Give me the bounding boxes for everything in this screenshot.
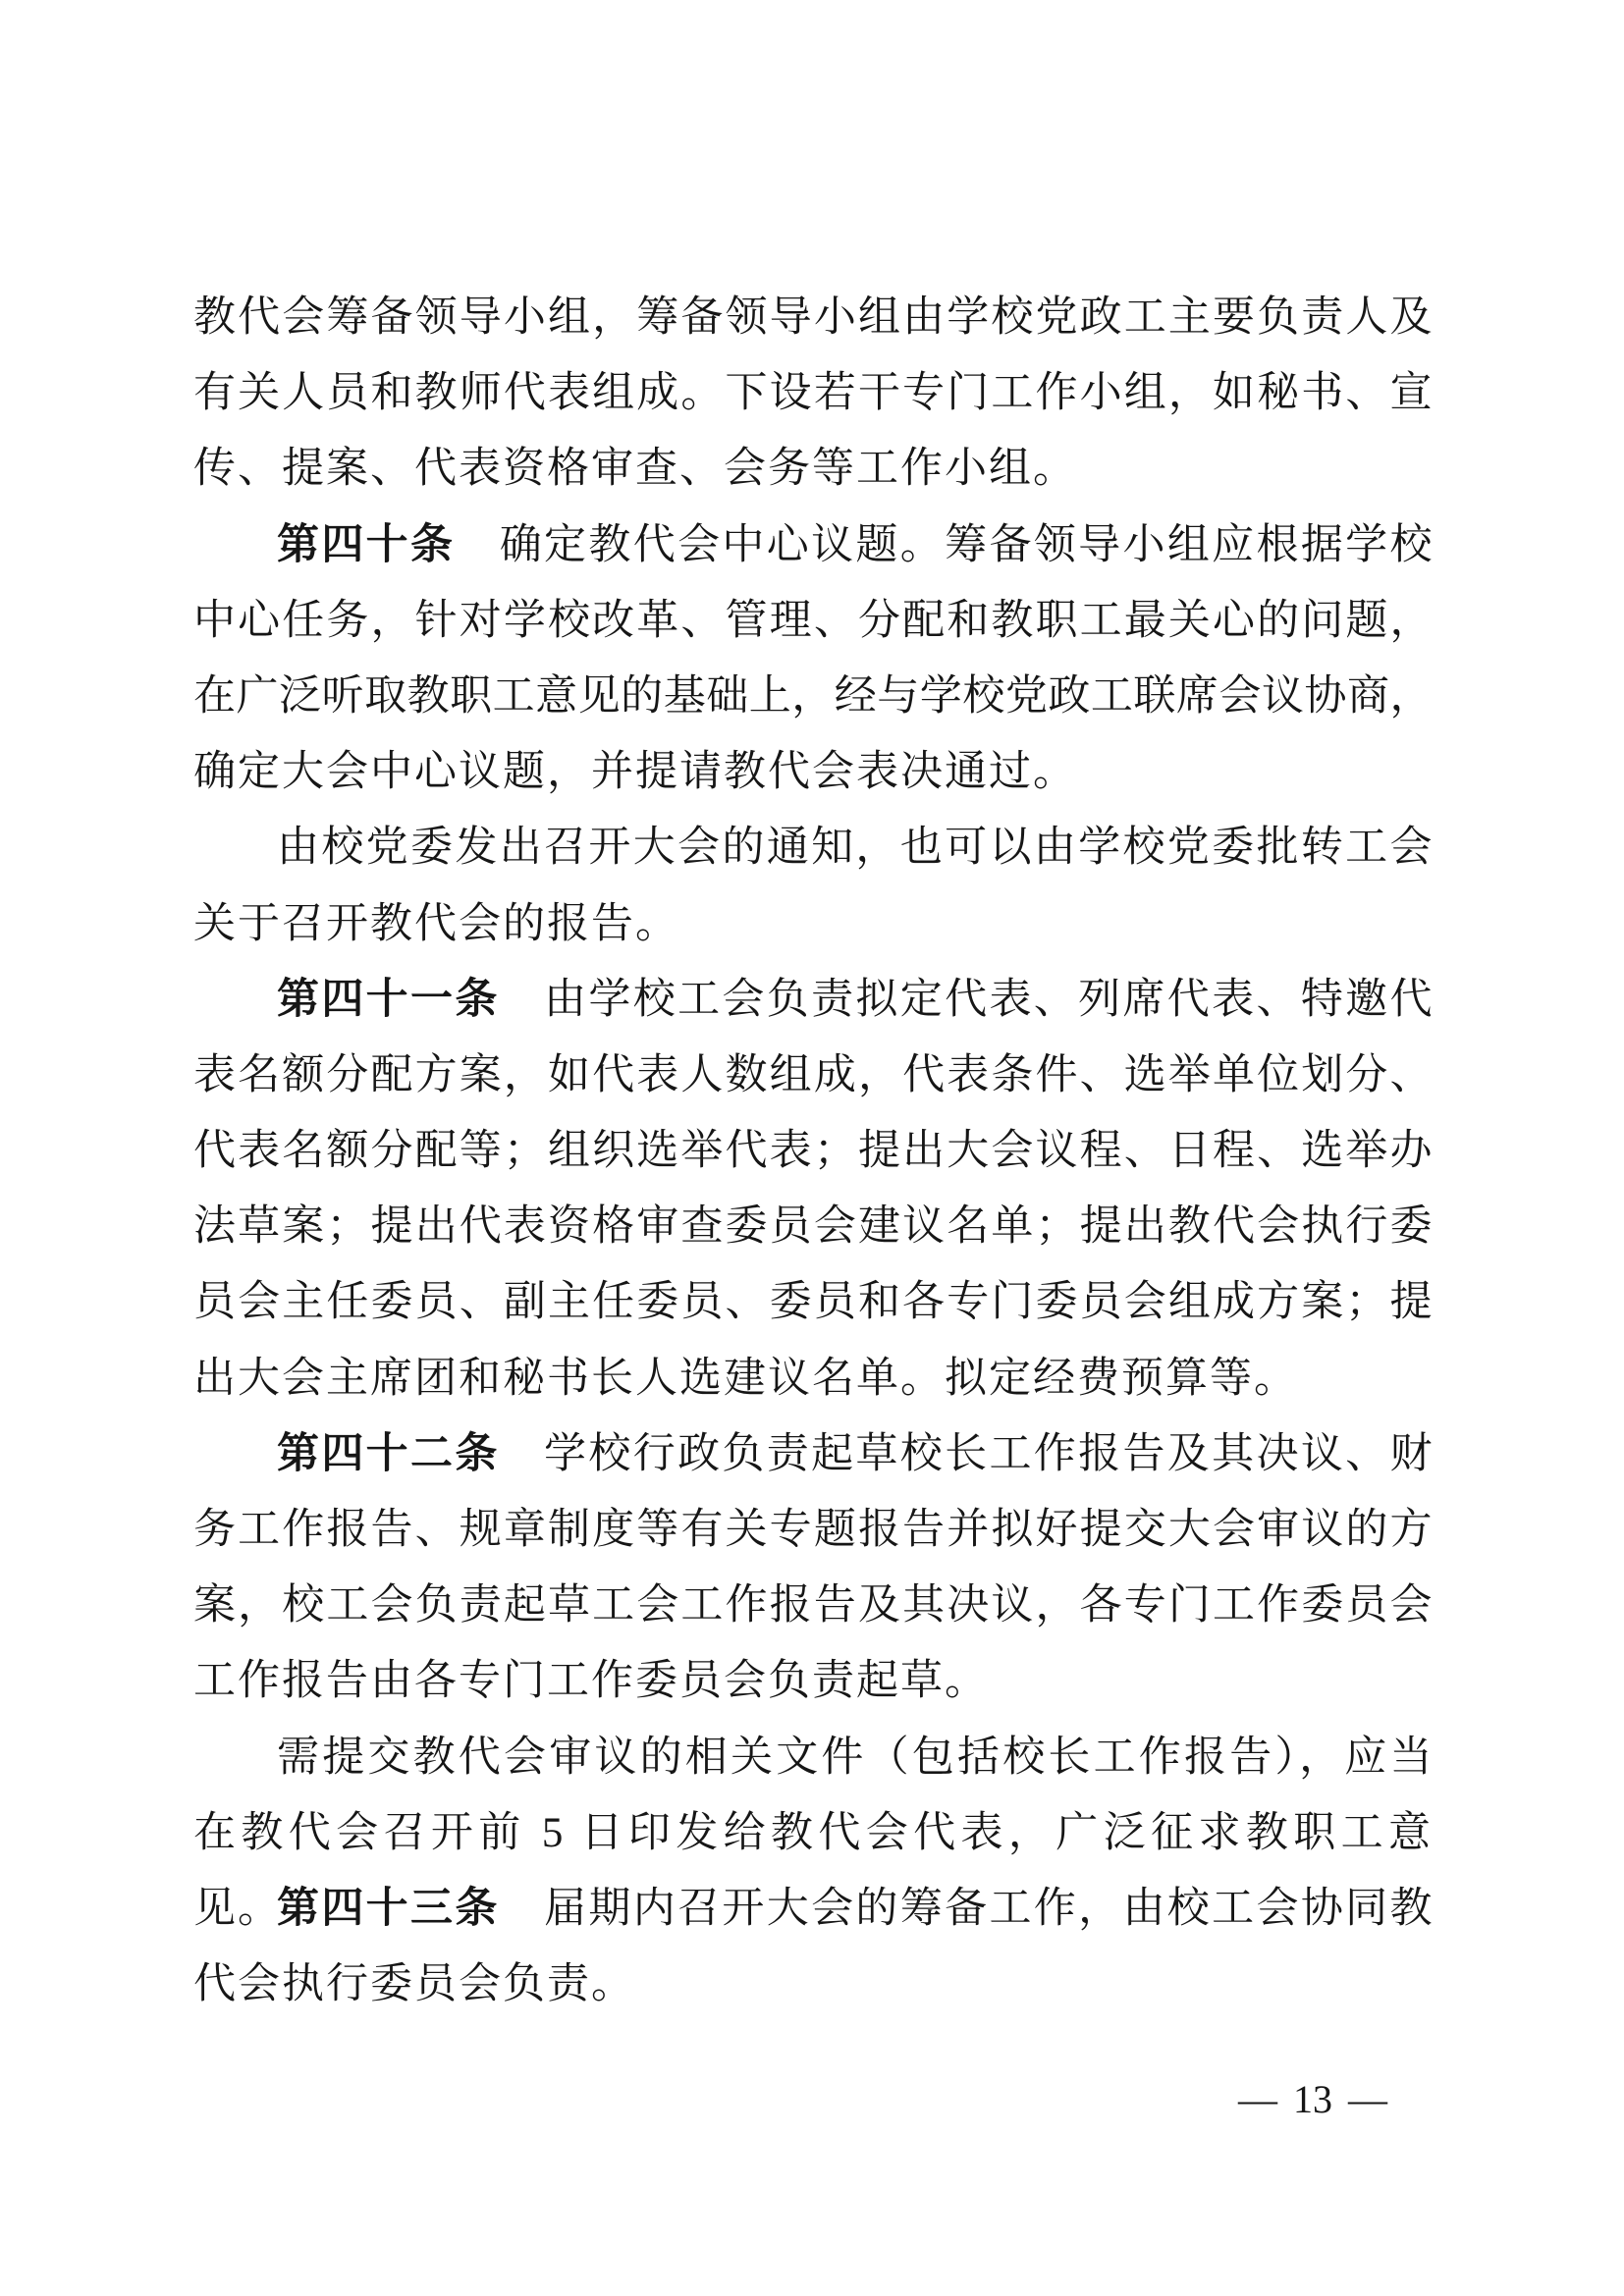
line-text: 表名额分配方案，如代表人数组成，代表条件、选举单位划分、 (193, 1052, 1433, 1098)
document-page: 教代会筹备领导小组，筹备领导小组由学校党政工主要负责人及 有关人员和教师代表组成… (0, 0, 1624, 2296)
line-text: 出大会主席团和秘书长人选建议名单。拟定经费预算等。 (193, 1356, 1298, 1402)
text-line: 出大会主席团和秘书长人选建议名单。拟定经费预算等。 (193, 1341, 1433, 1416)
text-line: 传、提案、代表资格审查、会务等工作小组。 (193, 431, 1433, 507)
text-line: 关于召开教代会的报告。 (193, 886, 1433, 962)
text-line: 第四十三条 届期内召开大会的筹备工作，由校工会协同教 (193, 1871, 1433, 1947)
line-text: 案，校工会负责起草工会工作报告及其决议，各专门工作委员会 (193, 1582, 1433, 1629)
text-line: 有关人员和教师代表组成。下设若干专门工作小组，如秘书、宣 (193, 355, 1433, 431)
line-text: 需提交教代会审议的相关文件（包括校长工作报告），应当 (277, 1735, 1433, 1781)
text-line: 代会执行委员会负责。 (193, 1947, 1433, 2022)
clause-label: 第四十二条 (277, 1431, 500, 1477)
line-text: 确定大会中心议题，并提请教代会表决通过。 (193, 749, 1077, 795)
line-text: 由学校工会负责拟定代表、列席代表、特邀代 (500, 977, 1433, 1023)
line-text: 务工作报告、规章制度等有关专题报告并拟好提交大会审议的方 (193, 1507, 1433, 1553)
line-text: 代表名额分配等；组织选举代表；提出大会议程、日程、选举办 (193, 1128, 1433, 1174)
text-line: 表名额分配方案，如代表人数组成，代表条件、选举单位划分、 (193, 1038, 1433, 1113)
text-line: 案，校工会负责起草工会工作报告及其决议，各专门工作委员会 (193, 1568, 1433, 1643)
line-text: 工作报告由各专门工作委员会负责起草。 (193, 1658, 989, 1704)
page-number: — 13 — (1229, 2073, 1396, 2126)
text-line: 第四十一条 由学校工会负责拟定代表、列席代表、特邀代 (193, 962, 1433, 1038)
line-text: 有关人员和教师代表组成。下设若干专门工作小组，如秘书、宣 (193, 370, 1433, 416)
line-text: 届期内召开大会的筹备工作，由校工会协同教 (500, 1886, 1433, 1932)
text-line: 由校党委发出召开大会的通知，也可以由学校党委批转工会 (193, 810, 1433, 885)
text-line: 教代会筹备领导小组，筹备领导小组由学校党政工主要负责人及 (193, 280, 1433, 355)
line-text: 由校党委发出召开大会的通知，也可以由学校党委批转工会 (277, 825, 1433, 871)
line-text: 学校行政负责起草校长工作报告及其决议、财 (500, 1431, 1433, 1477)
text-line: 在广泛听取教职工意见的基础上，经与学校党政工联席会议协商， (193, 659, 1433, 734)
line-text: 传、提案、代表资格审查、会务等工作小组。 (193, 446, 1077, 492)
line-text: 教代会筹备领导小组，筹备领导小组由学校党政工主要负责人及 (193, 294, 1433, 341)
body-text: 教代会筹备领导小组，筹备领导小组由学校党政工主要负责人及 有关人员和教师代表组成… (193, 280, 1433, 2022)
text-line: 务工作报告、规章制度等有关专题报告并拟好提交大会审议的方 (193, 1492, 1433, 1568)
text-line: 需提交教代会审议的相关文件（包括校长工作报告），应当 (193, 1720, 1433, 1795)
line-text: 在广泛听取教职工意见的基础上，经与学校党政工联席会议协商， (193, 673, 1433, 720)
text-line: 代表名额分配等；组织选举代表；提出大会议程、日程、选举办 (193, 1113, 1433, 1189)
text-line: 工作报告由各专门工作委员会负责起草。 (193, 1643, 1433, 1719)
text-line: 法草案；提出代表资格审查委员会建议名单；提出教代会执行委 (193, 1189, 1433, 1264)
text-line: 员会主任委员、副主任委员、委员和各专门委员会组成方案；提 (193, 1264, 1433, 1340)
clause-label: 第四十三条 (277, 1886, 500, 1932)
line-text: 员会主任委员、副主任委员、委员和各专门委员会组成方案；提 (193, 1279, 1433, 1325)
text-line: 第四十二条 学校行政负责起草校长工作报告及其决议、财 (193, 1416, 1433, 1492)
line-text: 中心任务，针对学校改革、管理、分配和教职工最关心的问题， (193, 598, 1433, 644)
text-line: 在教代会召开前 5 日印发给教代会代表，广泛征求教职工意见。 (193, 1795, 1433, 1871)
clause-label: 第四十一条 (277, 977, 500, 1023)
text-line: 中心任务，针对学校改革、管理、分配和教职工最关心的问题， (193, 583, 1433, 659)
line-text: 法草案；提出代表资格审查委员会建议名单；提出教代会执行委 (193, 1203, 1433, 1250)
text-line: 确定大会中心议题，并提请教代会表决通过。 (193, 734, 1433, 810)
clause-label: 第四十条 (277, 522, 455, 568)
line-text: 确定教代会中心议题。筹备领导小组应根据学校 (455, 522, 1433, 568)
line-text: 关于召开教代会的报告。 (193, 901, 679, 947)
text-line: 第四十条 确定教代会中心议题。筹备领导小组应根据学校 (193, 507, 1433, 583)
line-text: 代会执行委员会负责。 (193, 1961, 635, 2007)
